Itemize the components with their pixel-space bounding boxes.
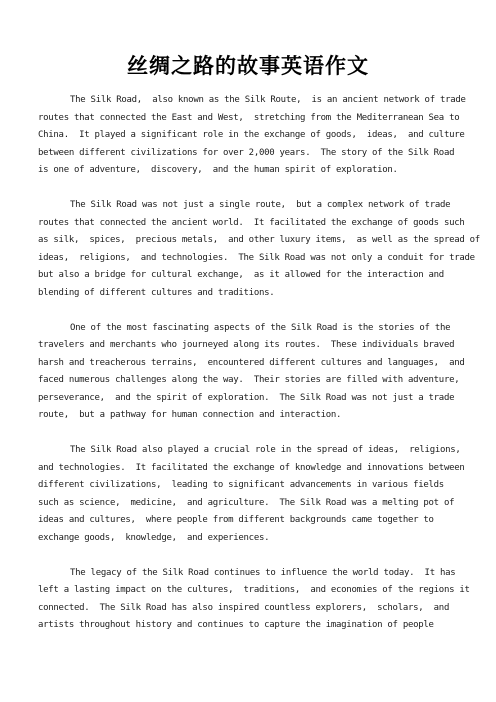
- text-line: blending of different cultures and tradi…: [38, 285, 468, 303]
- paragraph: One of the most fascinating aspects of t…: [38, 320, 468, 425]
- text-line: ideas and cultures, where people from di…: [38, 512, 468, 530]
- text-line: faced numerous challenges along the way.…: [38, 372, 468, 390]
- text-line: and technologies. It facilitated the exc…: [38, 460, 468, 478]
- text-line: connected. The Silk Road has also inspir…: [38, 600, 468, 618]
- text-line: is one of adventure, discovery, and the …: [38, 162, 468, 180]
- text-line: travelers and merchants who journeyed al…: [38, 337, 468, 355]
- text-line: route, but a pathway for human connectio…: [38, 407, 468, 425]
- text-line: such as science, medicine, and agricultu…: [38, 495, 468, 513]
- text-line: One of the most fascinating aspects of t…: [38, 320, 468, 338]
- text-line: left a lasting impact on the cultures, t…: [38, 582, 468, 600]
- text-line: The Silk Road, also known as the Silk Ro…: [38, 92, 468, 110]
- text-line: ideas, religions, and technologies. The …: [38, 250, 468, 268]
- text-line: The Silk Road was not just a single rout…: [38, 197, 468, 215]
- document-page: 丝绸之路的故事英语作文 The Silk Road, also known as…: [0, 0, 496, 702]
- paragraph: The Silk Road also played a crucial role…: [38, 442, 468, 547]
- paragraph: The Silk Road, also known as the Silk Ro…: [38, 92, 468, 180]
- text-line: The Silk Road also played a crucial role…: [38, 442, 468, 460]
- text-line: The legacy of the Silk Road continues to…: [38, 565, 468, 583]
- text-line: perseverance, and the spirit of explorat…: [38, 390, 468, 408]
- paragraph: The legacy of the Silk Road continues to…: [38, 565, 468, 635]
- text-line: between different civilizations for over…: [38, 145, 468, 163]
- text-line: different civilizations, leading to sign…: [38, 477, 468, 495]
- text-line: but also a bridge for cultural exchange,…: [38, 267, 468, 285]
- text-line: harsh and treacherous terrains, encounte…: [38, 355, 468, 373]
- paragraph: The Silk Road was not just a single rout…: [38, 197, 468, 302]
- document-title: 丝绸之路的故事英语作文: [0, 0, 496, 80]
- text-line: China. It played a significant role in t…: [38, 127, 468, 145]
- text-line: routes that connected the ancient world.…: [38, 215, 468, 233]
- document-body: The Silk Road, also known as the Silk Ro…: [0, 92, 496, 635]
- text-line: as silk, spices, precious metals, and ot…: [38, 232, 468, 250]
- text-line: routes that connected the East and West,…: [38, 110, 468, 128]
- text-line: artists throughout history and continues…: [38, 617, 468, 635]
- text-line: exchange goods, knowledge, and experienc…: [38, 530, 468, 548]
